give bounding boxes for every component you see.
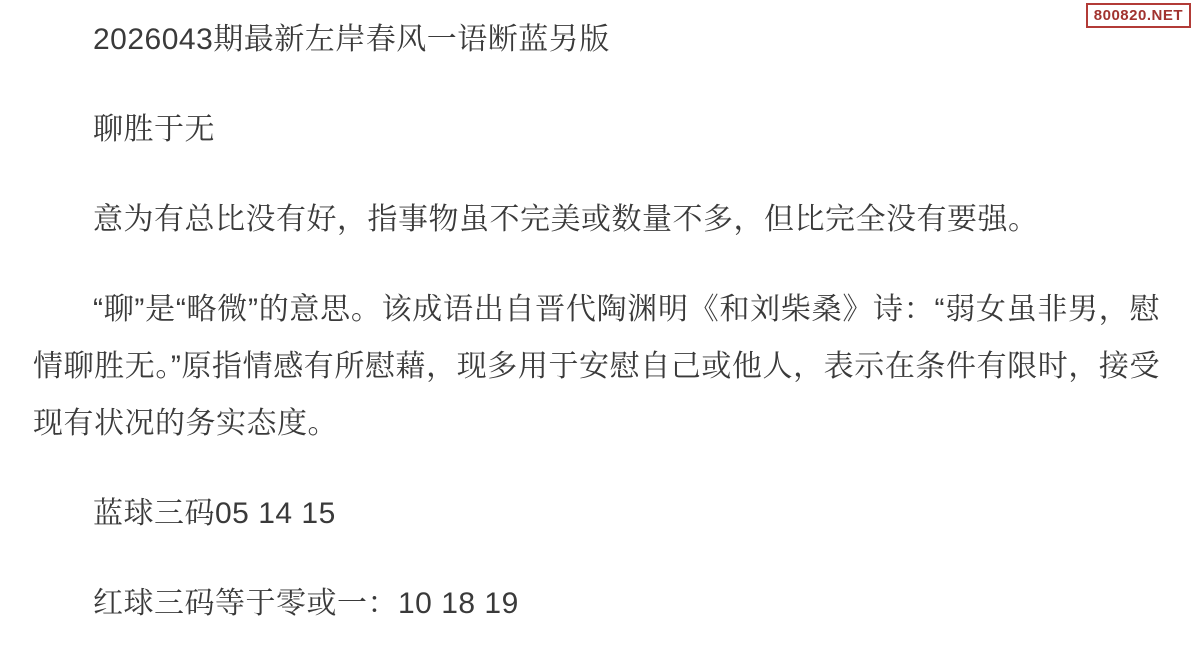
article-body: 2026043期最新左岸春风一语断蓝另版 聊胜于无 意为有总比没有好，指事物虽不… (0, 0, 1194, 632)
idiom-line: 聊胜于无 (33, 101, 1160, 158)
idiom-meaning-line: 意为有总比没有好，指事物虽不完美或数量不多，但比完全没有要强。 (33, 191, 1160, 248)
article-title: 2026043期最新左岸春风一语断蓝另版 (33, 11, 1160, 68)
idiom-explanation-paragraph: “聊”是“略微”的意思。该成语出自晋代陶渊明《和刘柴桑》诗：“弱女虽非男，慰情聊… (33, 281, 1160, 452)
red-ball-prediction-line: 红球三码等于零或一：10 18 19 (33, 575, 1160, 632)
site-watermark-badge: 800820.NET (1086, 3, 1191, 28)
blue-ball-prediction-line: 蓝球三码05 14 15 (33, 485, 1160, 542)
